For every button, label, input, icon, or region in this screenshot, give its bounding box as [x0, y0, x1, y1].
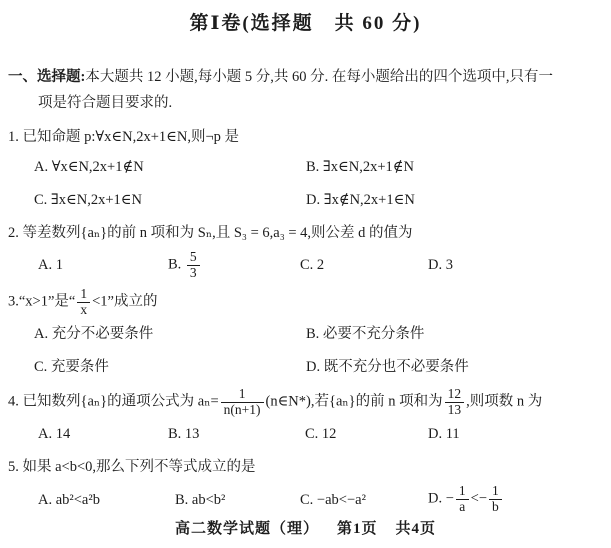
instructions-text: 本大题共 12 小题,每小题 5 分,共 60 分. 在每小题给出的四个选项中,… — [85, 69, 553, 85]
question-5: 5. 如果 a<b<0,那么下列不等式成立的是 A. ab²<a²b B. ab… — [8, 454, 603, 514]
question-2-option-d: D. 3 — [428, 252, 603, 278]
section-instructions: 一、选择题:本大题共 12 小题,每小题 5 分,共 60 分. 在每小题给出的… — [8, 64, 603, 116]
question-4-stem-pre: 4. 已知数列{aₙ}的通项公式为 aₙ= — [8, 394, 219, 410]
fraction-1-over-x: 1x — [77, 287, 90, 317]
question-1-option-c: C. ∃x∈N,2x+1∈N — [34, 187, 306, 213]
question-2: 2. 等差数列{aₙ}的前 n 项和为 Sₙ,且 S₃ = 6,a₃ = 4,则… — [8, 220, 603, 280]
question-5-option-d: D. −1a<−1b — [428, 484, 603, 514]
question-5-option-d-mid: <− — [471, 491, 487, 507]
question-4-option-a: A. 14 — [38, 421, 168, 447]
question-2-option-a: A. 1 — [38, 252, 168, 278]
exam-paper-page: 第Ⅰ卷(选择题 共 60 分) 一、选择题:本大题共 12 小题,每小题 5 分… — [0, 0, 611, 548]
footer-document-title: 高二数学试题（理） — [175, 521, 319, 537]
question-1: 1. 已知命题 p:∀x∈N,2x+1∈N,则¬p 是 A. ∀x∈N,2x+1… — [8, 124, 603, 213]
question-3-stem: 3.“x>1”是“1x<1”成立的 — [8, 287, 603, 317]
question-2-option-b: B. 53 — [168, 250, 300, 280]
option-b-label: B. — [168, 256, 181, 272]
fraction-1-over-b: 1b — [489, 484, 502, 514]
question-2-stem: 2. 等差数列{aₙ}的前 n 项和为 Sₙ,且 S₃ = 6,a₃ = 4,则… — [8, 220, 603, 246]
question-3-options: A. 充分不必要条件 B. 必要不充分条件 C. 充要条件 D. 既不充分也不必… — [34, 321, 603, 380]
question-2-option-c: C. 2 — [300, 252, 428, 278]
question-3-option-a: A. 充分不必要条件 — [34, 321, 306, 347]
question-5-option-d-pre: D. − — [428, 491, 454, 507]
question-1-option-d: D. ∃x∉N,2x+1∈N — [306, 187, 603, 213]
question-1-option-a: A. ∀x∈N,2x+1∉N — [34, 154, 306, 180]
question-3-option-c: C. 充要条件 — [34, 354, 306, 380]
page-title: 第Ⅰ卷(选择题 共 60 分) — [8, 12, 603, 36]
fraction-12-over-13: 1213 — [445, 387, 465, 417]
question-4-options: A. 14 B. 13 C. 12 D. 11 — [38, 421, 603, 447]
instructions-line-2: 项是符合题目要求的. — [8, 90, 603, 116]
question-4-option-d: D. 11 — [428, 421, 603, 447]
question-1-option-b: B. ∃x∈N,2x+1∉N — [306, 154, 603, 180]
question-4: 4. 已知数列{aₙ}的通项公式为 aₙ=1n(n+1)(n∈N*),若{aₙ}… — [8, 387, 603, 447]
question-3-option-d: D. 既不充分也不必要条件 — [306, 354, 603, 380]
question-5-stem: 5. 如果 a<b<0,那么下列不等式成立的是 — [8, 454, 603, 480]
question-5-option-c: C. −ab<−a² — [300, 487, 428, 513]
fraction-1-over-a: 1a — [456, 484, 469, 514]
question-5-option-b: B. ab<b² — [175, 487, 300, 513]
fraction-5-over-3: 53 — [187, 250, 200, 280]
question-3-stem-post: <1”成立的 — [92, 294, 157, 310]
fraction-1-over-n-n-plus-1: 1n(n+1) — [221, 387, 264, 417]
question-3-option-b: B. 必要不充分条件 — [306, 321, 603, 347]
question-4-stem-post: ,则项数 n 为 — [466, 394, 542, 410]
question-1-stem: 1. 已知命题 p:∀x∈N,2x+1∈N,则¬p 是 — [8, 124, 603, 150]
question-1-options: A. ∀x∈N,2x+1∉N B. ∃x∈N,2x+1∉N C. ∃x∈N,2x… — [34, 154, 603, 213]
question-4-stem: 4. 已知数列{aₙ}的通项公式为 aₙ=1n(n+1)(n∈N*),若{aₙ}… — [8, 387, 603, 417]
question-4-stem-mid: (n∈N*),若{aₙ}的前 n 项和为 — [266, 394, 443, 410]
question-4-option-b: B. 13 — [168, 421, 305, 447]
footer-page-number: 第1页 — [337, 521, 378, 537]
question-5-options: A. ab²<a²b B. ab<b² C. −ab<−a² D. −1a<−1… — [38, 484, 603, 514]
instructions-line-1: 一、选择题:本大题共 12 小题,每小题 5 分,共 60 分. 在每小题给出的… — [8, 64, 603, 90]
question-3: 3.“x>1”是“1x<1”成立的 A. 充分不必要条件 B. 必要不充分条件 … — [8, 287, 603, 380]
footer-total-pages: 共4页 — [396, 521, 437, 537]
question-2-options: A. 1 B. 53 C. 2 D. 3 — [38, 250, 603, 280]
section-label: 一、选择题: — [8, 69, 85, 85]
page-footer: 高二数学试题（理）第1页共4页 — [8, 517, 603, 538]
question-5-option-a: A. ab²<a²b — [38, 487, 175, 513]
question-3-stem-pre: 3.“x>1”是“ — [8, 294, 75, 310]
question-4-option-c: C. 12 — [305, 421, 428, 447]
